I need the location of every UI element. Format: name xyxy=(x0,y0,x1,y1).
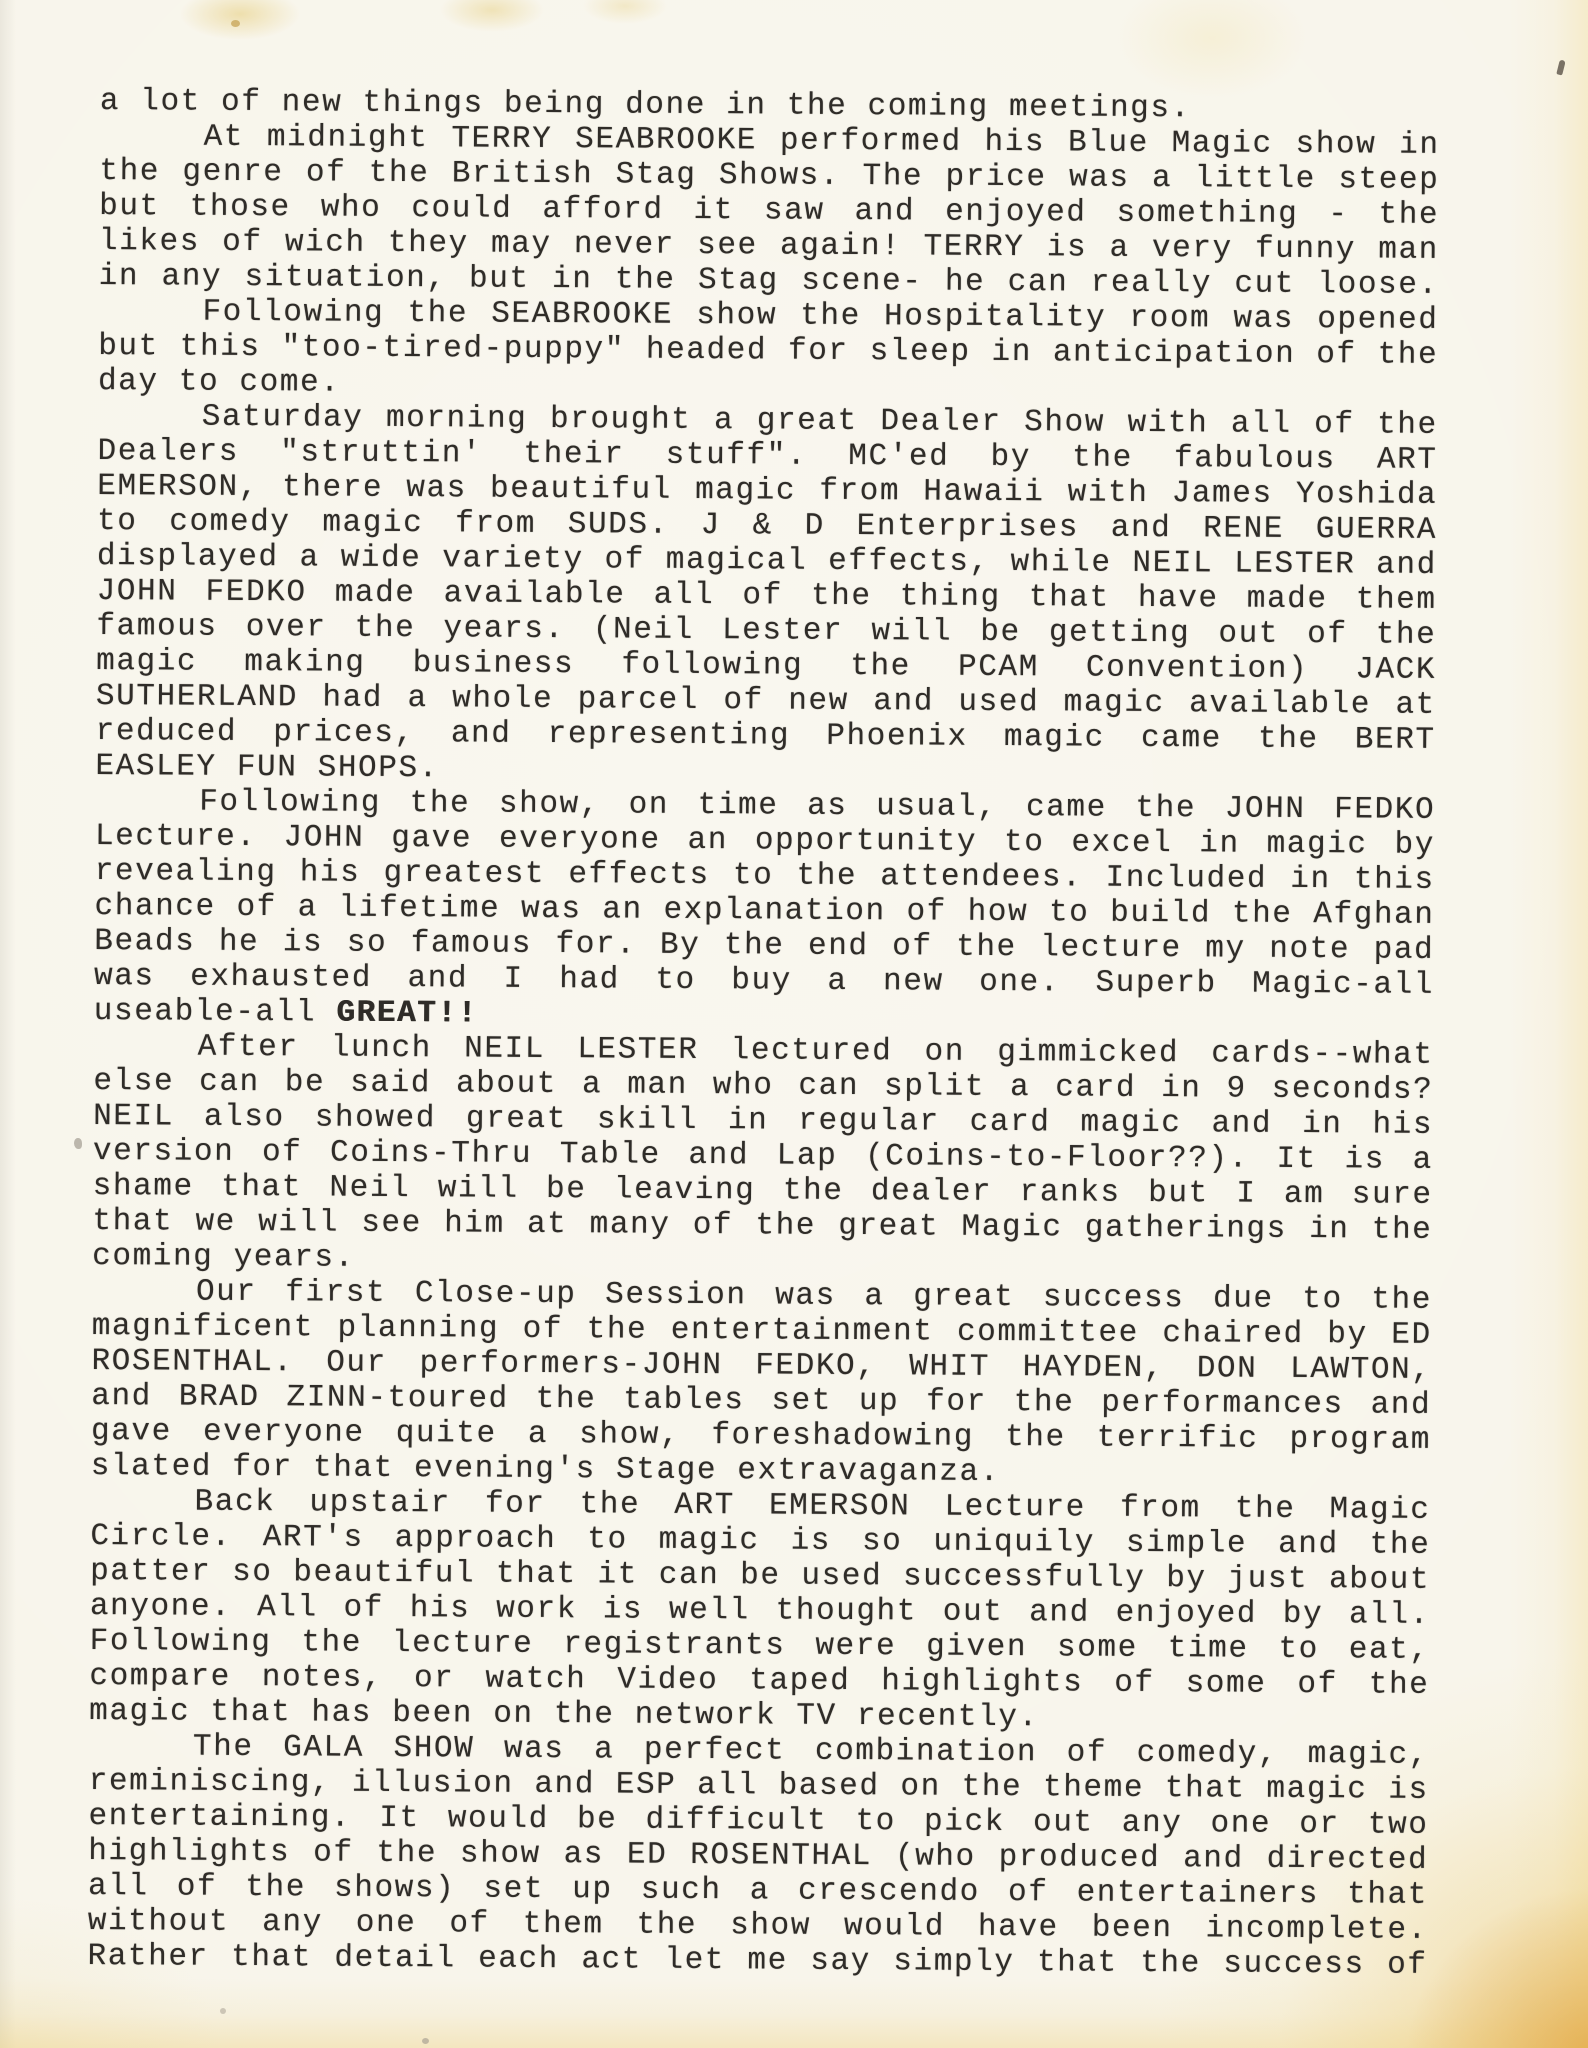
text-line: Rather that detail each act let me say s… xyxy=(87,1939,1427,1983)
page: a lot of new things being done in the co… xyxy=(0,0,1588,2048)
paper-speck xyxy=(422,2038,429,2044)
paper-speck xyxy=(231,20,240,27)
typewritten-text: a lot of new things being done in the co… xyxy=(87,84,1440,1983)
bold-text: GREAT!! xyxy=(336,996,478,1032)
ink-speck xyxy=(74,1138,82,1149)
ink-speck xyxy=(1556,59,1565,75)
paper-speck xyxy=(220,2008,226,2014)
